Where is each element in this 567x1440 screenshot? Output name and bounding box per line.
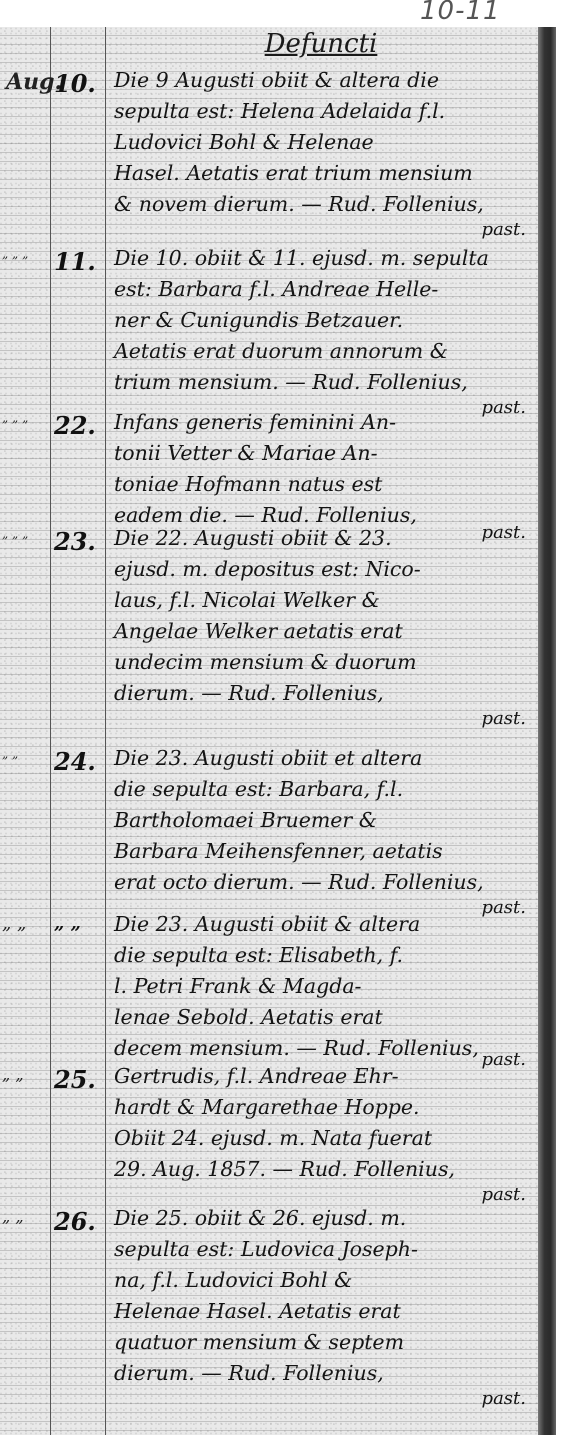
entry-day: 24. <box>54 747 104 776</box>
margin-rule-left <box>50 27 51 1435</box>
entry-month-ditto: „ „ <box>2 1207 48 1226</box>
entry-line: Hasel. Aetatis erat trium mensium <box>108 158 534 189</box>
entry-day: 10. <box>54 69 104 98</box>
register-entry: „ „ „ „ Die 23. Augusti obiit & altera d… <box>108 909 534 1070</box>
entry-line: Die 23. Augusti obiit et altera <box>108 743 534 774</box>
entry-signoff: past. <box>108 1185 534 1205</box>
register-entry: „ „ 26. Die 25. obiit & 26. ejusd. m. se… <box>108 1203 534 1409</box>
entry-line: sepulta est: Ludovica Joseph- <box>108 1234 534 1265</box>
entry-ditto-mark: „ „ „ <box>2 527 48 541</box>
margin-rule-day <box>105 27 106 1435</box>
entry-signoff: past. <box>108 709 534 729</box>
entry-line: Aetatis erat duorum annorum & <box>108 336 534 367</box>
entry-line: decem mensium. — Rud. Follenius, <box>108 1033 534 1064</box>
entry-ditto-mark: „ „ <box>2 747 48 761</box>
register-page: Defuncti Aug. 10. Die 9 Augusti obiit & … <box>0 27 556 1435</box>
entry-line: est: Barbara f.l. Andreae Helle- <box>108 274 534 305</box>
entry-line: die sepulta est: Barbara, f.l. <box>108 774 534 805</box>
entry-line: Helenae Hasel. Aetatis erat <box>108 1296 534 1327</box>
entry-line: hardt & Margarethae Hoppe. <box>108 1092 534 1123</box>
register-entry: „ „ „ 11. Die 10. obiit & 11. ejusd. m. … <box>108 243 534 418</box>
entry-day: 23. <box>54 527 104 556</box>
entry-month-ditto: „ „ <box>2 1065 48 1084</box>
entry-line: Angelae Welker aetatis erat <box>108 616 534 647</box>
page-binding-edge <box>538 27 556 1435</box>
entry-line: Die 9 Augusti obiit & altera die <box>108 65 534 96</box>
entry-line: Die 23. Augusti obiit & altera <box>108 909 534 940</box>
entry-line: Barbara Meihensfenner, aetatis <box>108 836 534 867</box>
entry-line: Die 22. Augusti obiit & 23. <box>108 523 534 554</box>
entry-line: quatuor mensium & septem <box>108 1327 534 1358</box>
entry-line: ner & Cunigundis Betzauer. <box>108 305 534 336</box>
entry-line: Die 25. obiit & 26. ejusd. m. <box>108 1203 534 1234</box>
entry-line: Obiit 24. ejusd. m. Nata fuerat <box>108 1123 534 1154</box>
entry-month-ditto: „ „ <box>2 913 48 934</box>
entry-day-ditto: „ „ <box>54 913 104 934</box>
entry-line: 29. Aug. 1857. — Rud. Follenius, <box>108 1154 534 1185</box>
entry-line: erat octo dierum. — Rud. Follenius, <box>108 867 534 898</box>
page-number-note: 10-11 <box>420 0 501 26</box>
entry-line: na, f.l. Ludovici Bohl & <box>108 1265 534 1296</box>
entry-line: laus, f.l. Nicolai Welker & <box>108 585 534 616</box>
entry-line: die sepulta est: Elisabeth, f. <box>108 940 534 971</box>
entry-signoff: past. <box>108 1389 534 1409</box>
entry-signoff: past. <box>108 220 534 240</box>
entry-day: 26. <box>54 1207 104 1236</box>
entry-day: 22. <box>54 411 104 440</box>
entry-line: dierum. — Rud. Follenius, <box>108 1358 534 1389</box>
entry-day: 25. <box>54 1065 104 1094</box>
register-body: Defuncti Aug. 10. Die 9 Augusti obiit & … <box>108 27 534 1435</box>
entry-ditto-mark: „ „ „ <box>2 247 48 261</box>
entry-day: 11. <box>54 247 104 276</box>
entry-line: dierum. — Rud. Follenius, <box>108 678 534 709</box>
register-entry: „ „ 24. Die 23. Augusti obiit et altera … <box>108 743 534 918</box>
register-entry: „ „ 25. Gertrudis, f.l. Andreae Ehr- har… <box>108 1061 534 1205</box>
entry-line: lenae Sebold. Aetatis erat <box>108 1002 534 1033</box>
entry-line: toniae Hofmann natus est <box>108 469 534 500</box>
entry-line: tonii Vetter & Mariae An- <box>108 438 534 469</box>
entry-line: Ludovici Bohl & Helenae <box>108 127 534 158</box>
entry-line: Die 10. obiit & 11. ejusd. m. sepulta <box>108 243 534 274</box>
page-heading: Defuncti <box>108 29 534 63</box>
entry-line: undecim mensium & duorum <box>108 647 534 678</box>
register-entry: „ „ „ 23. Die 22. Augusti obiit & 23. ej… <box>108 523 534 729</box>
entry-line: sepulta est: Helena Adelaida f.l. <box>108 96 534 127</box>
entry-line: Gertrudis, f.l. Andreae Ehr- <box>108 1061 534 1092</box>
entry-line: & novem dierum. — Rud. Follenius, <box>108 189 534 220</box>
entry-month: Aug. <box>6 69 52 95</box>
entry-line: ejusd. m. depositus est: Nico- <box>108 554 534 585</box>
entry-ditto-mark: „ „ „ <box>2 411 48 425</box>
register-entry: Aug. 10. Die 9 Augusti obiit & altera di… <box>108 65 534 240</box>
entry-line: Bartholomaei Bruemer & <box>108 805 534 836</box>
entry-line: Infans generis feminini An- <box>108 407 534 438</box>
entry-line: trium mensium. — Rud. Follenius, <box>108 367 534 398</box>
entry-line: l. Petri Frank & Magda- <box>108 971 534 1002</box>
